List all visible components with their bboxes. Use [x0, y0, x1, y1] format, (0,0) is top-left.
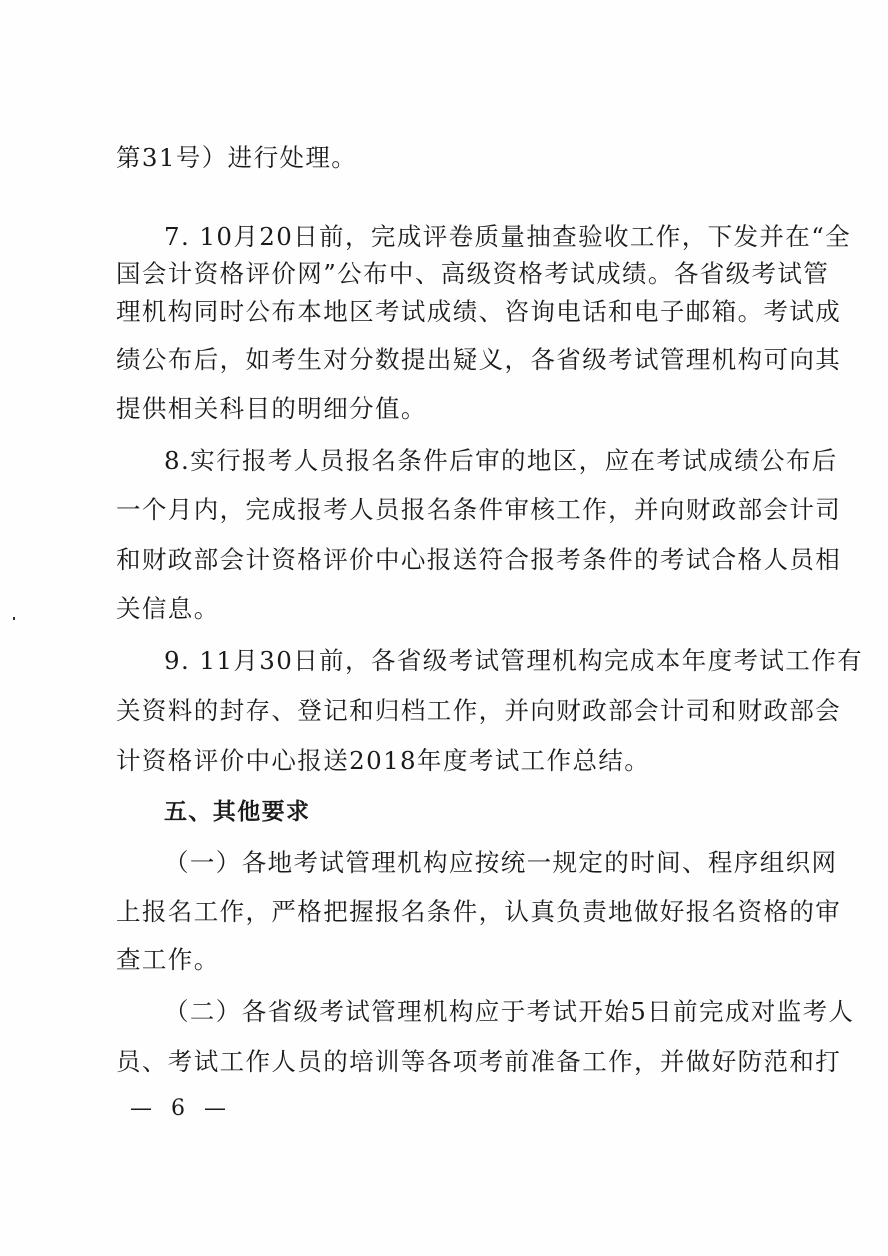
text-line: 查工作。 — [116, 945, 776, 975]
text-line: 第31号）进行处理。 — [116, 143, 776, 173]
page-number: — 6 — — [130, 1096, 232, 1121]
item-7-line: 7. 10月20日前，完成评卷质量抽查验收工作，下发并在“全 — [164, 222, 776, 252]
text-line: 上报名工作，严格把握报名条件，认真负责地做好报名资格的审 — [116, 897, 776, 927]
text-line: 一个月内，完成报考人员报名条件审核工作，并向财政部会计司 — [116, 495, 776, 525]
text-line: 关资料的封存、登记和归档工作，并向财政部会计司和财政部会 — [116, 696, 776, 726]
text-line: 关信息。 — [116, 594, 776, 624]
item-8-line: 8.实行报考人员报名条件后审的地区，应在考试成绩公布后 — [164, 446, 776, 476]
item-9-line: 9. 11月30日前，各省级考试管理机构完成本年度考试工作有 — [164, 646, 776, 676]
text-line: 和财政部会计资格评价中心报送符合报考条件的考试合格人员相 — [116, 545, 776, 575]
text-line: 提供相关科目的明细分值。 — [116, 394, 776, 424]
text-line: 计资格评价中心报送2018年度考试工作总结。 — [116, 746, 776, 776]
text-line: 理机构同时公布本地区考试成绩、咨询电话和电子邮箱。考试成 — [116, 297, 776, 327]
text-line: 员、考试工作人员的培训等各项考前准备工作，并做好防范和打 — [116, 1047, 776, 1077]
text-line: 国会计资格评价网”公布中、高级资格考试成绩。各省级考试管 — [116, 259, 776, 289]
scan-speck — [13, 617, 15, 620]
section-heading: 五、其他要求 — [164, 797, 776, 827]
subitem-1-line: （一）各地考试管理机构应按统一规定的时间、程序组织网 — [164, 848, 776, 878]
text-line: 绩公布后，如考生对分数提出疑义，各省级考试管理机构可向其 — [116, 345, 776, 375]
document-page: 第31号）进行处理。 7. 10月20日前，完成评卷质量抽查验收工作，下发并在“… — [0, 0, 888, 1256]
subitem-2-line: （二）各省级考试管理机构应于考试开始5日前完成对监考人 — [164, 997, 776, 1027]
